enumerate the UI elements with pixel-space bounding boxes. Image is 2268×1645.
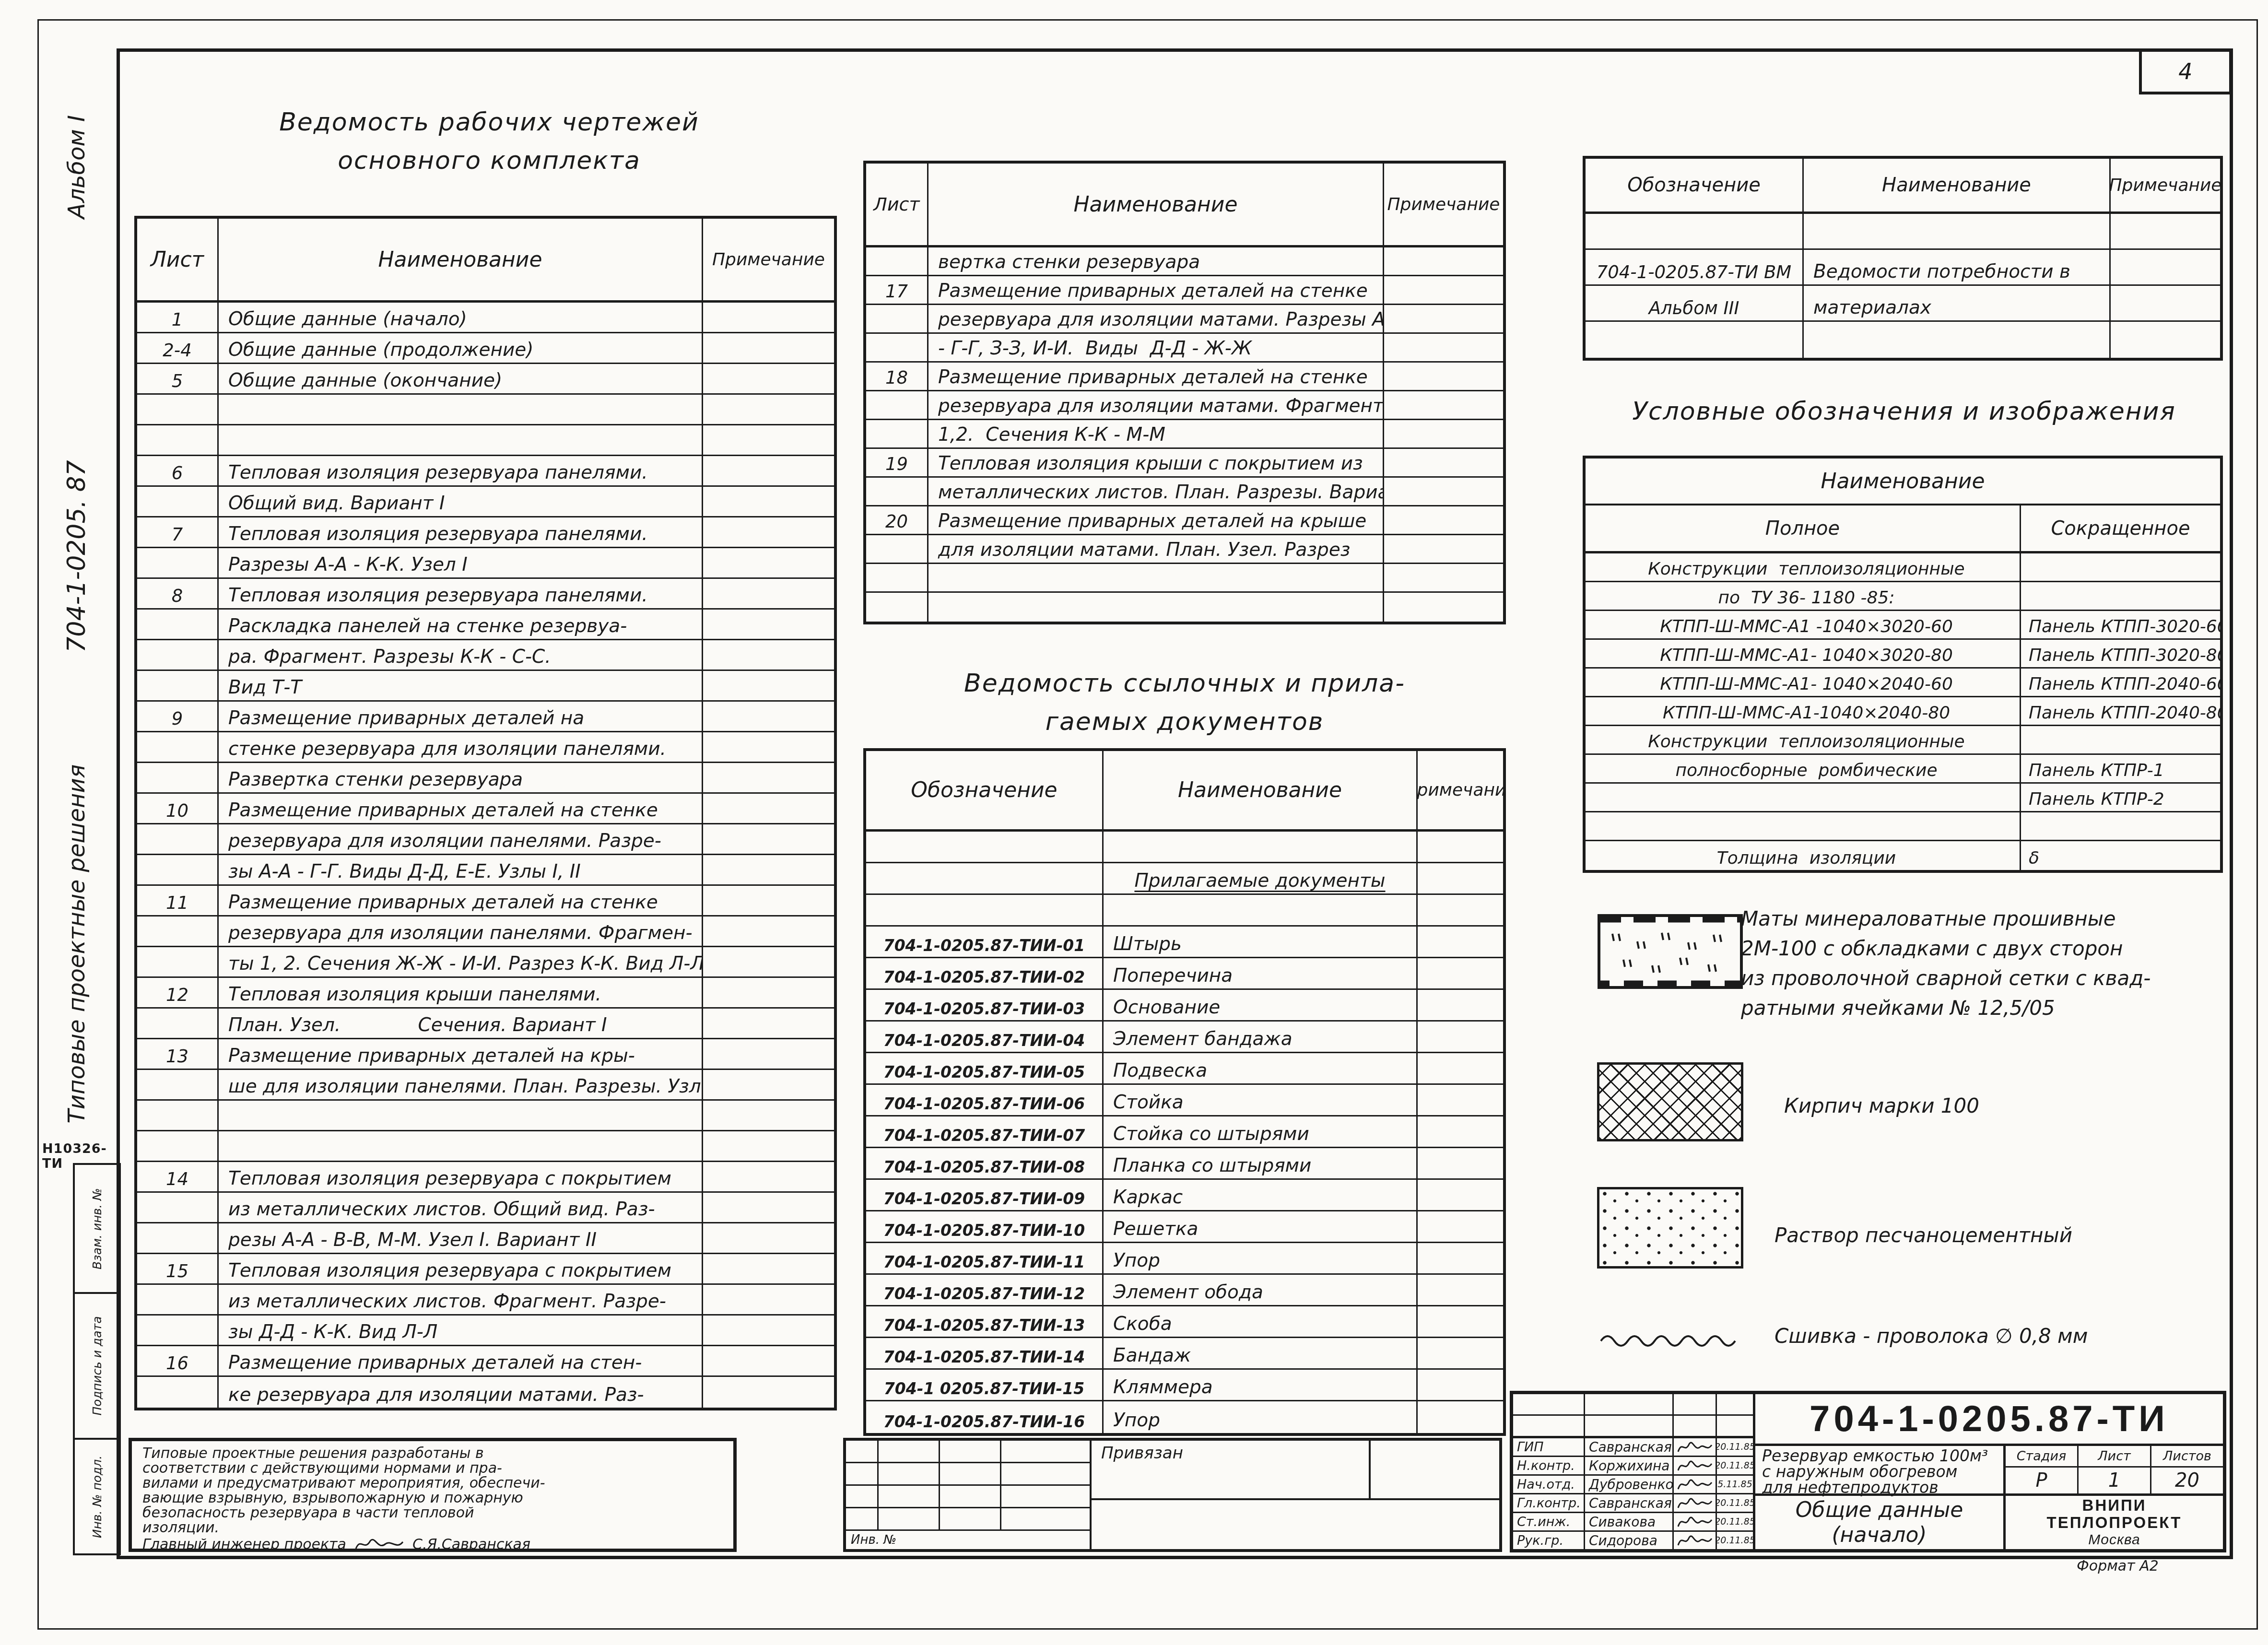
text-line: ТЕПЛОПРОЕКТ xyxy=(2047,1514,2182,1531)
table-cell xyxy=(703,702,834,731)
note-text: Типовые проектные решения разработаны вс… xyxy=(142,1446,727,1535)
table-cell: 704-1-0205.87-ТИИ-05 xyxy=(866,1053,1104,1083)
signature-row: Нач.отд.Дубровенко 5.11.85 xyxy=(1513,1476,1753,1494)
working-drawings-title: Ведомость рабочих чертежейосновного комп… xyxy=(221,103,758,180)
table-row: 7Тепловая изоляция резервуара панелями. xyxy=(137,517,834,548)
table-row: 14Тепловая изоляция резервуара с покрыти… xyxy=(137,1162,834,1193)
table-row: резервуара для изоляции панелями. Фрагме… xyxy=(137,916,834,947)
table-row: 15Тепловая изоляция резервуара с покрыти… xyxy=(137,1254,834,1285)
date: 20.11.85 xyxy=(1717,1438,1753,1456)
margin-stamp-table: Взам. инв. № Подпись и дата Инв. № подл. xyxy=(73,1163,121,1555)
table-cell xyxy=(219,425,703,455)
table-cell xyxy=(703,1162,834,1191)
page-number-box: 4 xyxy=(2139,48,2232,94)
column-header: Наименование xyxy=(1104,751,1418,829)
table-cell xyxy=(1418,863,1503,893)
general-note: Типовые проектные решения разработаны вс… xyxy=(129,1438,737,1552)
table-cell: Размещение приварных деталей на стенке xyxy=(928,276,1384,304)
table-cell: Размещение приварных деталей на стенке xyxy=(928,363,1384,390)
table-row: 704-1-0205.87-ТИИ-16Упор xyxy=(866,1401,1503,1433)
margin-doc-code: 704-1-0205. 87 xyxy=(62,412,91,700)
table-cell xyxy=(703,1254,834,1283)
table-cell: резервуара для изоляции матами. Фрагмент… xyxy=(928,391,1384,419)
table-cell xyxy=(1384,593,1503,622)
table-row: - Г-Г, З-З, И-И. Виды Д-Д - Ж-Ж xyxy=(866,334,1503,363)
text-line: Ведомость рабочих чертежей xyxy=(221,103,758,141)
table-cell xyxy=(137,548,219,577)
table-cell xyxy=(1586,322,1804,358)
table-cell xyxy=(137,1101,219,1130)
table-row: 8Тепловая изоляция резервуара панелями. xyxy=(137,579,834,610)
table-cell xyxy=(2111,286,2220,320)
signature-cell xyxy=(1674,1513,1717,1530)
table-row: 704-1-0205.87-ТИИ-13Скоба xyxy=(866,1306,1503,1338)
text-line: Москва xyxy=(2088,1531,2140,1549)
binding-label: Привязан xyxy=(1101,1444,1183,1463)
table-cell xyxy=(1384,276,1503,304)
table-row: для изоляции матами. План. Узел. Разрез xyxy=(866,535,1503,564)
table-cell: Размещение приварных деталей на стенке xyxy=(219,794,703,823)
table-row: КТПП-Ш-ММС-А1- 1040×2040-60Панель КТПП-2… xyxy=(1586,669,2220,697)
column-header: Сокращенное xyxy=(2021,505,2220,551)
table-cell: по ТУ 36- 1180 -85: xyxy=(1586,582,2021,610)
table-cell xyxy=(703,548,834,577)
signature xyxy=(1676,1438,1714,1456)
column-header: Примечание xyxy=(1418,751,1503,829)
organization: ВНИПИТЕПЛОПРОЕКТМосква xyxy=(2006,1496,2223,1549)
table-row: Раскладка панелей на стенке резервуа- xyxy=(137,610,834,640)
table-row xyxy=(137,425,834,456)
text-line: вилами и предусматривают мероприятия, об… xyxy=(142,1476,727,1491)
stage-value: 1 xyxy=(2079,1468,2151,1493)
table-cell xyxy=(703,1316,834,1345)
table-cell xyxy=(137,395,219,424)
table-cell: КТПП-Ш-ММС-А1- 1040×2040-60 xyxy=(1586,669,2021,696)
table-cell: Ведомости потребности в xyxy=(1804,250,2111,284)
table-row: 704-1-0205.87-ТИИ-04Элемент бандажа xyxy=(866,1022,1503,1053)
table-cell: Размещение приварных деталей на стен- xyxy=(219,1346,703,1375)
referenced-documents-title: Ведомость ссылочных и прила-гаемых докум… xyxy=(878,664,1492,741)
stamp-label: Взам. инв. № xyxy=(90,1188,104,1269)
table-cell: Конструкции теплоизоляционные xyxy=(1586,726,2021,753)
table-cell xyxy=(703,732,834,762)
table-cell: Панель КТПП-2040-60 xyxy=(2021,669,2220,696)
revision-rows xyxy=(846,1441,1090,1531)
table-cell: 704-1-0205.87-ТИИ-13 xyxy=(866,1306,1104,1337)
chief-engineer-signature-line: Главный инженер проекта С.Я.Савранская xyxy=(142,1536,727,1552)
table-cell: 13 xyxy=(137,1039,219,1069)
table-cell xyxy=(703,517,834,547)
table-cell xyxy=(866,564,928,591)
table-cell xyxy=(866,535,928,563)
table-header: Обозначение Наименование Примечание xyxy=(1586,159,2220,214)
table-row xyxy=(866,593,1503,622)
symbols-title: Условные обозначения и изображения xyxy=(1597,392,2211,431)
text-line: Ведомость ссылочных и прила- xyxy=(878,664,1492,703)
table-cell xyxy=(1384,420,1503,447)
table-cell xyxy=(866,305,928,332)
table-cell xyxy=(2021,726,2220,753)
table-cell: 704-1-0205.87-ТИИ-01 xyxy=(866,927,1104,957)
stamp-cell: Подпись и дата xyxy=(75,1294,119,1440)
table-row: 11Размещение приварных деталей на стенке xyxy=(137,886,834,916)
table-cell: Упор xyxy=(1104,1243,1418,1273)
table-cell xyxy=(1384,363,1503,390)
table-cell xyxy=(137,671,219,700)
text-line: из проволочной сварной сетки с квад- xyxy=(1741,963,2150,993)
table-row: 6Тепловая изоляция резервуара панелями. xyxy=(137,456,834,487)
table-row: 12Тепловая изоляция крыши панелями. xyxy=(137,978,834,1009)
table-cell: ра. Фрагмент. Разрезы К-К - С-С. xyxy=(219,640,703,670)
table-row: 704-1 0205.87-ТИИ-15Кляммера xyxy=(866,1370,1503,1401)
table-row: 704-1-0205.87-ТИИ-12Элемент обода xyxy=(866,1275,1503,1306)
table-cell xyxy=(703,1009,834,1038)
table-cell xyxy=(137,916,219,946)
table-cell: Тепловая изоляция резервуара панелями. xyxy=(219,456,703,485)
person-name: Савранская xyxy=(1585,1438,1674,1456)
table-cell: - Г-Г, З-З, И-И. Виды Д-Д - Ж-Ж xyxy=(928,334,1384,361)
table-cell: стенке резервуара для изоляции панелями. xyxy=(219,732,703,762)
table-cell: Подвеска xyxy=(1104,1053,1418,1083)
table-cell: Общий вид. Вариант I xyxy=(219,487,703,516)
table-body: 704-1-0205.87-ТИ ВМВедомости потребности… xyxy=(1586,214,2220,358)
table-cell xyxy=(866,832,1104,862)
table-cell xyxy=(703,794,834,823)
stage-headers: Стадия Лист Листов xyxy=(2006,1446,2223,1468)
table-cell: 1 xyxy=(137,303,219,332)
revision-grid: Инв. № xyxy=(846,1441,1092,1549)
table-body: Прилагаемые документы704-1-0205.87-ТИИ-0… xyxy=(866,832,1503,1433)
table-cell: Конструкции теплоизоляционные xyxy=(1586,553,2021,581)
table-row: 704-1-0205.87-ТИИ-02Поперечина xyxy=(866,958,1503,990)
table-row xyxy=(866,895,1503,927)
table-cell: 2-4 xyxy=(137,333,219,363)
table-cell: 5 xyxy=(137,364,219,393)
table-cell xyxy=(137,425,219,455)
table-cell: Раскладка панелей на стенке резервуа- xyxy=(219,610,703,639)
table-cell xyxy=(703,364,834,393)
table-cell xyxy=(703,916,834,946)
sheet-title: Общие данные(начало) xyxy=(1755,1496,2006,1549)
table-cell xyxy=(703,1070,834,1099)
stamp-cell: Инв. № подл. xyxy=(75,1440,119,1553)
table-cell: Тепловая изоляция крыши с покрытием из xyxy=(928,449,1384,476)
role-label: ГИП xyxy=(1513,1438,1585,1456)
column-header: Лист xyxy=(137,219,219,300)
table-cell: 12 xyxy=(137,978,219,1007)
table-cell: 704-1-0205.87-ТИИ-14 xyxy=(866,1338,1104,1368)
table-cell xyxy=(1804,322,2111,358)
table-cell: Панель КТПП-3020-80 xyxy=(2021,640,2220,667)
person-name: Сивакова xyxy=(1585,1513,1674,1530)
table-cell: полносборные ромбические xyxy=(1586,755,2021,782)
table-cell xyxy=(2111,214,2220,248)
table-cell: Бандаж xyxy=(1104,1338,1418,1368)
table-cell xyxy=(1418,1211,1503,1242)
table-cell xyxy=(2021,582,2220,610)
mortar-label: Раствор песчаноцементный xyxy=(1774,1221,2072,1250)
mortar-swatch xyxy=(1597,1187,1743,1269)
table-row: 10Размещение приварных деталей на стенке xyxy=(137,794,834,824)
person-name: Савранская xyxy=(1585,1494,1674,1512)
table-cell: 11 xyxy=(137,886,219,915)
table-row: ты 1, 2. Сечения Ж-Ж - И-И. Разрез К-К. … xyxy=(137,947,834,978)
table-row: 9Размещение приварных деталей на xyxy=(137,702,834,732)
revision-row xyxy=(846,1486,1090,1508)
table-cell: ке резервуара для изоляции матами. Раз- xyxy=(219,1377,703,1408)
text-line: 2М-100 с обкладками с двух сторон xyxy=(1741,934,2150,963)
table-row xyxy=(1586,812,2220,841)
column-header: Полное xyxy=(1586,505,2021,551)
revision-block: Инв. № Привязан xyxy=(843,1438,1502,1552)
table-cell: 704-1-0205.87-ТИИ-03 xyxy=(866,990,1104,1020)
table-cell: Размещение приварных деталей на кры- xyxy=(219,1039,703,1069)
referenced-documents-table: Обозначение Наименование Примечание Прил… xyxy=(863,748,1506,1436)
table-row: 13Размещение приварных деталей на кры- xyxy=(137,1039,834,1070)
table-cell xyxy=(703,1039,834,1069)
table-row: Прилагаемые документы xyxy=(866,863,1503,895)
table-cell: 704-1-0205.87-ТИИ-02 xyxy=(866,958,1104,988)
column-header: Примечание xyxy=(1384,164,1503,245)
table-row: КТПП-Ш-ММС-А1- 1040×3020-80Панель КТПП-3… xyxy=(1586,640,2220,669)
table-cell: Штырь xyxy=(1104,927,1418,957)
person-name: Сидорова xyxy=(1585,1532,1674,1549)
table-cell: 704-1-0205.87-ТИИ-04 xyxy=(866,1022,1104,1052)
table-row xyxy=(866,832,1503,863)
person-name: Дубровенко xyxy=(1585,1476,1674,1493)
table-cell xyxy=(703,1377,834,1408)
text-line: Типовые проектные решения разработаны в xyxy=(142,1446,727,1461)
margin-series-label: Типовые проектные решения xyxy=(63,728,90,1160)
table-row: 16Размещение приварных деталей на стен- xyxy=(137,1346,834,1377)
table-cell xyxy=(137,1223,219,1253)
column-header: Наименование xyxy=(1586,458,2220,504)
table-cell: 19 xyxy=(866,449,928,476)
table-cell xyxy=(703,456,834,485)
text-line: безопасность резервуара в части тепловой xyxy=(142,1505,727,1520)
table-cell: Размещение приварных деталей на xyxy=(219,702,703,731)
table-cell: Общие данные (окончание) xyxy=(219,364,703,393)
table-cell xyxy=(703,425,834,455)
text-line: ратными ячейками № 12,5/05 xyxy=(1741,993,2150,1023)
table-row: Общий вид. Вариант I xyxy=(137,487,834,517)
table-cell: Элемент бандажа xyxy=(1104,1022,1418,1052)
text-line: соответствии с действующими нормами и пр… xyxy=(142,1461,727,1476)
table-cell: 704-1-0205.87-ТИИ-08 xyxy=(866,1148,1104,1178)
revision-row xyxy=(846,1441,1090,1463)
stage-value: 20 xyxy=(2151,1468,2223,1493)
text-line: с наружным обогревом xyxy=(1762,1464,2003,1480)
table-cell xyxy=(137,487,219,516)
table-cell: 704-1 0205.87-ТИИ-15 xyxy=(866,1370,1104,1400)
table-cell xyxy=(1418,958,1503,988)
table-cell: металлических листов. План. Разрезы. Вар… xyxy=(928,478,1384,505)
table-cell: 10 xyxy=(137,794,219,823)
change-row xyxy=(1513,1394,1753,1416)
table-header: Наименование xyxy=(1586,458,2220,505)
table-cell xyxy=(1586,214,1804,248)
table-row xyxy=(1586,214,2220,250)
table-row: 2-4Общие данные (продолжение) xyxy=(137,333,834,364)
table-cell xyxy=(137,610,219,639)
table-row: 704-1-0205.87-ТИИ-03Основание xyxy=(866,990,1503,1022)
table-cell: зы Д-Д - К-К. Вид Л-Л xyxy=(219,1316,703,1345)
table-cell: Разрезы А-А - К-К. Узел I xyxy=(219,548,703,577)
table-cell xyxy=(137,640,219,670)
signature xyxy=(1676,1476,1714,1493)
drawing-sheet: 4 Альбом I 704-1-0205. 87 Типовые проект… xyxy=(0,0,2268,1645)
table-cell xyxy=(137,1316,219,1345)
table-cell: Тепловая изоляция резервуара панелями. xyxy=(219,579,703,608)
table-cell: резервуара для изоляции панелями. Разре- xyxy=(219,824,703,854)
column-header: Примечание xyxy=(2111,159,2220,211)
table-cell xyxy=(703,763,834,792)
table-row: из металлических листов. Фрагмент. Разре… xyxy=(137,1285,834,1316)
signature xyxy=(1676,1513,1714,1530)
table-row: Толщина изоляцииδ xyxy=(1586,841,2220,870)
table-cell xyxy=(137,824,219,854)
signature-cell xyxy=(1674,1494,1717,1512)
table-cell xyxy=(137,763,219,792)
table-row: ке резервуара для изоляции матами. Раз- xyxy=(137,1377,834,1408)
table-cell xyxy=(137,1131,219,1161)
table-cell: 704-1-0205.87-ТИИ-09 xyxy=(866,1180,1104,1210)
revision-row xyxy=(846,1508,1090,1531)
text-line: Маты минераловатные прошивные xyxy=(1741,904,2150,934)
table-cell xyxy=(137,732,219,762)
table-cell: План. Узел. Сечения. Вариант I xyxy=(219,1009,703,1038)
table-cell xyxy=(137,947,219,976)
role-label: Гл.контр. xyxy=(1513,1494,1585,1512)
table-cell: для изоляции матами. План. Узел. Разрез xyxy=(928,535,1384,563)
table-row: План. Узел. Сечения. Вариант I xyxy=(137,1009,834,1039)
table-cell: резы А-А - В-В, М-М. Узел I. Вариант II xyxy=(219,1223,703,1253)
stage-block: Стадия Лист Листов Р 1 20 xyxy=(2006,1446,2223,1496)
table-cell xyxy=(1384,334,1503,361)
table-cell: Элемент обода xyxy=(1104,1275,1418,1305)
signature-row: Гл.контр.Савранская 20.11.85 xyxy=(1513,1494,1753,1513)
table-body: Конструкции теплоизоляционныепо ТУ 36- 1… xyxy=(1586,553,2220,870)
table-header: Лист Наименование Примечание xyxy=(137,219,834,303)
table-row: вертка стенки резервуара xyxy=(866,247,1503,276)
table-cell: Альбом III xyxy=(1586,286,1804,320)
signature-cell xyxy=(1674,1438,1717,1456)
role-label: Нач.отд. xyxy=(1513,1476,1585,1493)
table-cell: 14 xyxy=(137,1162,219,1191)
table-cell xyxy=(137,1070,219,1099)
table-cell xyxy=(1418,895,1503,925)
table-cell: Панель КТПП-2040-80 xyxy=(2021,697,2220,725)
text-line: изоляции. xyxy=(142,1520,727,1535)
table-cell xyxy=(703,1101,834,1130)
table-cell: Общие данные (начало) xyxy=(219,303,703,332)
table-row: 18Размещение приварных деталей на стенке xyxy=(866,363,1503,391)
table-cell: 704-1-0205.87-ТИИ-12 xyxy=(866,1275,1104,1305)
binding-cell-top: Привязан xyxy=(1092,1441,1499,1500)
table-cell: 18 xyxy=(866,363,928,390)
table-row xyxy=(137,1131,834,1162)
table-cell xyxy=(1418,1401,1503,1433)
margin-album-label: Альбом I xyxy=(63,71,90,263)
date: 20.11.85 xyxy=(1717,1513,1753,1530)
date: 5.11.85 xyxy=(1717,1476,1753,1493)
table-cell xyxy=(1418,1275,1503,1305)
table-cell xyxy=(137,855,219,884)
table-cell xyxy=(137,1009,219,1038)
change-row xyxy=(1513,1416,1753,1436)
table-cell xyxy=(2021,812,2220,840)
stitch-wire-symbol xyxy=(1597,1328,1751,1350)
title-block: ГИПСавранская 20.11.85Н.контр.Коржихина … xyxy=(1510,1391,2226,1552)
revision-row xyxy=(846,1463,1090,1486)
table-row: по ТУ 36- 1180 -85: xyxy=(1586,582,2220,611)
table-cell xyxy=(1418,927,1503,957)
table-cell: резервуара для изоляции матами. Разрезы … xyxy=(928,305,1384,332)
table-cell: Решетка xyxy=(1104,1211,1418,1242)
page-number: 4 xyxy=(2178,59,2192,84)
table-row: 1Общие данные (начало) xyxy=(137,303,834,333)
table-cell xyxy=(1418,1370,1503,1400)
table-cell: вертка стенки резервуара xyxy=(928,247,1384,275)
signature-row: ГИПСавранская 20.11.85 xyxy=(1513,1438,1753,1457)
table-cell xyxy=(219,395,703,424)
document-number: 704-1-0205.87-ТИ xyxy=(1755,1394,2223,1446)
table-row: 704-1-0205.87-ТИИ-10Решетка xyxy=(866,1211,1503,1243)
table-row xyxy=(1586,322,2220,358)
table-cell: Развертка стенки резервуара xyxy=(219,763,703,792)
table-cell xyxy=(866,334,928,361)
table-cell xyxy=(703,395,834,424)
table-cell: Тепловая изоляция резервуара с покрытием xyxy=(219,1162,703,1191)
table-cell xyxy=(219,1101,703,1130)
table-cell: 704-1-0205.87-ТИИ-16 xyxy=(866,1401,1104,1433)
table-row: 704-1-0205.87-ТИИ-11Упор xyxy=(866,1243,1503,1275)
table-cell xyxy=(137,1377,219,1408)
table-body: вертка стенки резервуара17Размещение при… xyxy=(866,247,1503,622)
binding-cell: Привязан xyxy=(1092,1441,1499,1549)
table-row: Вид Т-Т xyxy=(137,671,834,702)
table-row: резы А-А - В-В, М-М. Узел I. Вариант II xyxy=(137,1223,834,1254)
table-row: резервуара для изоляции панелями. Разре- xyxy=(137,824,834,855)
table-row: резервуара для изоляции матами. Фрагмент… xyxy=(866,391,1503,420)
table-cell xyxy=(703,579,834,608)
table-cell: 20 xyxy=(866,506,928,534)
table-row: 19Тепловая изоляция крыши с покрытием из xyxy=(866,449,1503,478)
table-cell: Каркас xyxy=(1104,1180,1418,1210)
table-cell: Упор xyxy=(1104,1401,1418,1433)
table-cell xyxy=(1418,1306,1503,1337)
table-cell: 16 xyxy=(137,1346,219,1375)
table-cell: 704-1-0205.87-ТИИ-07 xyxy=(866,1116,1104,1147)
table-row: 704-1-0205.87-ТИИ-05Подвеска xyxy=(866,1053,1503,1085)
table-cell xyxy=(1586,812,2021,840)
table-row: ра. Фрагмент. Разрезы К-К - С-С. xyxy=(137,640,834,671)
table-row: 704-1-0205.87-ТИИ-07Стойка со штырями xyxy=(866,1116,1503,1148)
table-cell xyxy=(866,863,1104,893)
table-row: 704-1-0205.87-ТИИ-01Штырь xyxy=(866,927,1503,958)
table-body: 1Общие данные (начало)2-4Общие данные (п… xyxy=(137,303,834,1408)
table-cell xyxy=(1384,478,1503,505)
table-row: стенке резервуара для изоляции панелями. xyxy=(137,732,834,763)
sign-name: С.Я.Савранская xyxy=(412,1537,530,1552)
table-row: 704-1-0205.87-ТИ ВМВедомости потребности… xyxy=(1586,250,2220,286)
table-subheader: Полное Сокращенное xyxy=(1586,505,2220,553)
table-row: 704-1-0205.87-ТИИ-06Стойка xyxy=(866,1085,1503,1116)
table-cell xyxy=(928,564,1384,591)
table-cell: 15 xyxy=(137,1254,219,1283)
table-cell xyxy=(1804,214,2111,248)
mineral-wool-mat-swatch xyxy=(1597,914,1743,989)
